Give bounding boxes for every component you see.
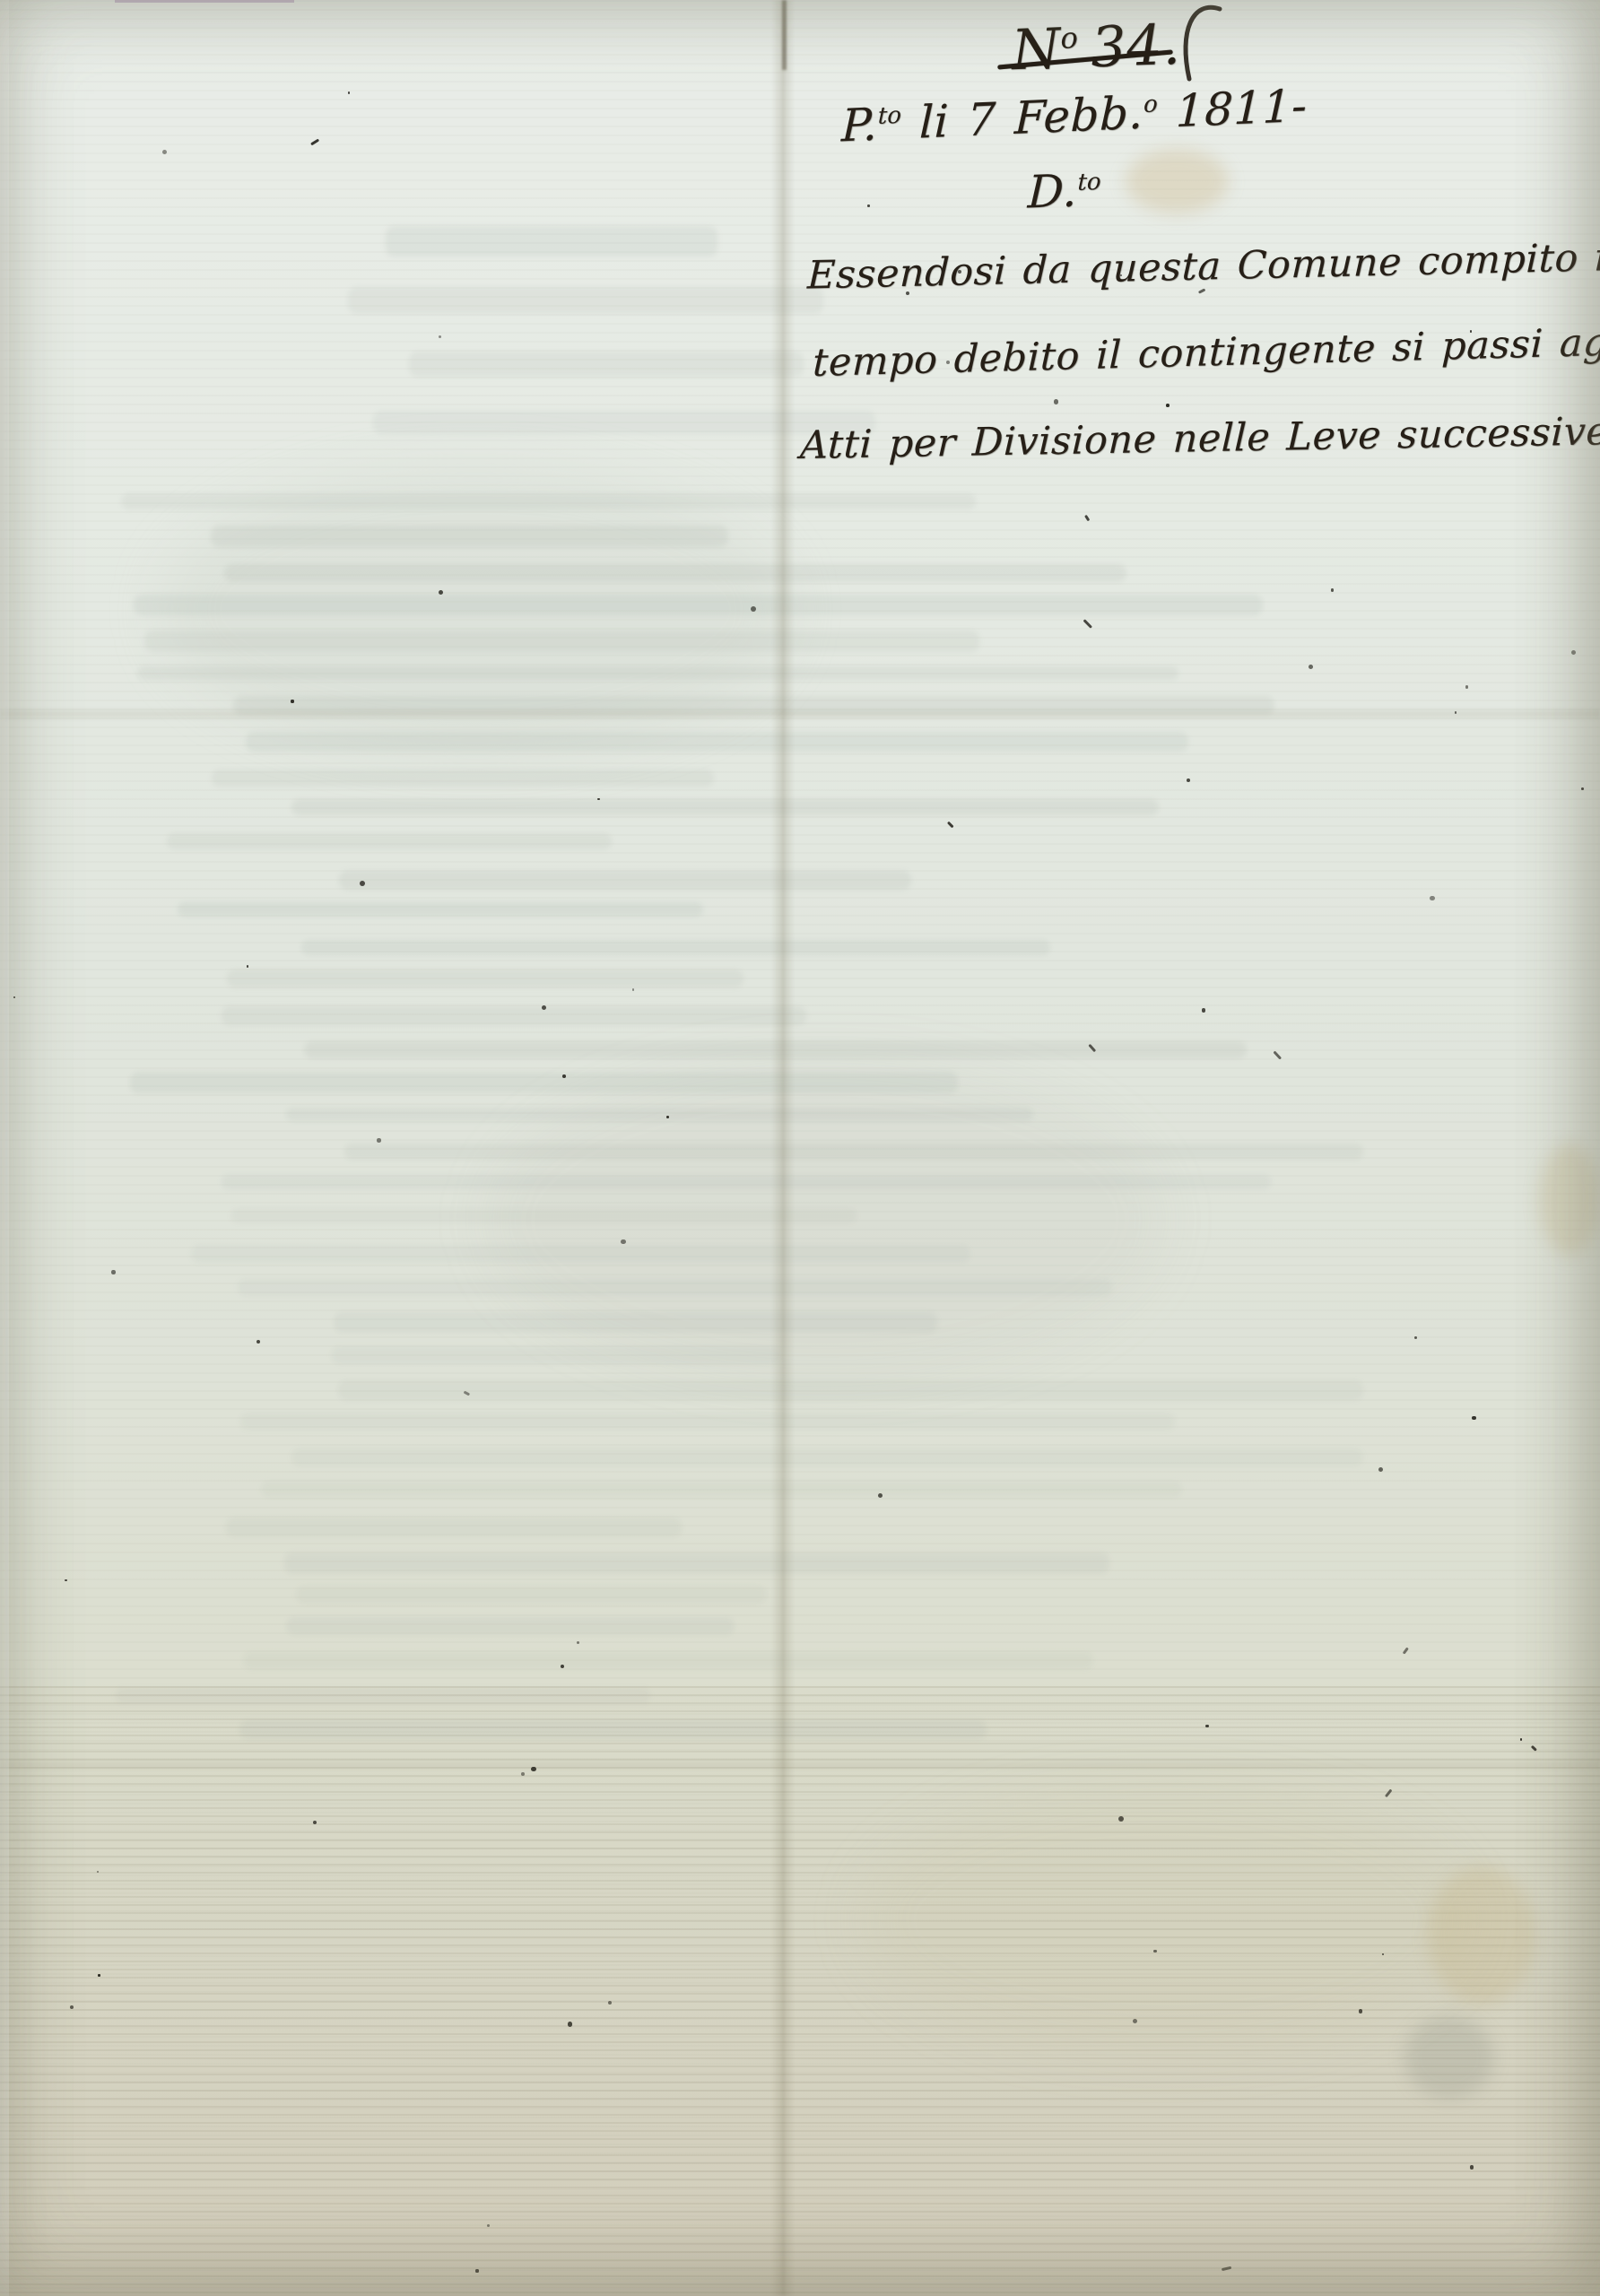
document-page: No34. P.to li 7 Febb.o 1811- D.to Essend… [0, 0, 1600, 2296]
speckle-dot [1571, 650, 1576, 655]
ghost-line [296, 1586, 767, 1605]
speckle-dot [1414, 1336, 1417, 1339]
struck-number-superscript: o [1060, 21, 1079, 56]
ghost-line [222, 1006, 806, 1025]
fiber-slash [310, 139, 319, 145]
struck-number-prefix: No [1011, 15, 1080, 83]
speckle-dot [1581, 787, 1584, 790]
speckle-dot [946, 361, 950, 364]
date-superscript: to [877, 102, 901, 130]
stain [1539, 1144, 1600, 1256]
ghost-line [212, 770, 714, 787]
speckle-dot [1166, 404, 1170, 407]
speckle-dot [439, 335, 441, 338]
ghost-line [409, 352, 804, 377]
speckle-dot [257, 1340, 260, 1344]
speckle-dot [1472, 1416, 1475, 1420]
date-annotation: P.to li 7 Febb.o 1811- [840, 80, 1308, 152]
ghost-line [167, 833, 612, 849]
fiber-slash [1089, 1043, 1096, 1051]
speckle-dot [1470, 2165, 1474, 2170]
ghost-line [348, 287, 823, 314]
fiber-slash [1083, 619, 1092, 628]
ghost-line [261, 1482, 1183, 1497]
speckle-dot [97, 1871, 100, 1874]
speckle-dot [377, 1138, 380, 1142]
speckle-dot [1378, 1467, 1383, 1472]
ghost-line [386, 226, 717, 257]
note-line: Atti per Divisione nelle Leve successive… [799, 409, 1600, 468]
fiber-slash [1198, 288, 1205, 293]
ghost-line [291, 799, 1159, 816]
ghost-line [301, 940, 1050, 956]
speckle-dot [98, 1974, 100, 1976]
ditto-annotation: D.to [1027, 164, 1101, 219]
speckle-dot [521, 1772, 525, 1776]
paper-mottling [861, 1785, 1471, 2054]
speckle-dot [313, 1821, 317, 1824]
speckle-dot [360, 881, 365, 886]
number-value: 34. [1090, 12, 1182, 80]
speckle-dot [1331, 588, 1335, 592]
horizontal-crease-lower [0, 1758, 1600, 1772]
speckle-dot [958, 270, 961, 274]
ghost-line [227, 970, 743, 987]
ditto-superscript: to [1077, 169, 1101, 196]
speckle-dot [1120, 274, 1122, 276]
speckle-dot [1187, 778, 1190, 782]
speckle-dot [70, 2005, 74, 2009]
note-line: tempo debito il contingente si passi agl… [813, 319, 1600, 386]
paper-mottling [484, 1058, 1166, 1381]
stain [1428, 1865, 1535, 2005]
speckle-dot [562, 1074, 566, 1078]
fiber-slash [1385, 1788, 1392, 1796]
fiber-slash [1222, 2266, 1231, 2271]
speckle-dot [597, 798, 600, 801]
fiber-slash [1531, 1745, 1537, 1752]
speckle-dot [247, 965, 249, 968]
speckle-dot [561, 1665, 564, 1668]
left-edge-highlight [0, 0, 9, 2296]
speckle-dot [111, 1270, 115, 1274]
note-line: Essendosi da questa Comune compito in [806, 235, 1600, 299]
ghost-line [284, 1552, 1109, 1574]
speckle-dot [1309, 665, 1313, 669]
speckle-dot [1054, 399, 1058, 404]
number-annotation: No34. [1011, 12, 1182, 83]
fiber-slash [1274, 1050, 1282, 1059]
speckle-dot [1465, 685, 1468, 688]
speckle-dot [65, 1579, 66, 1581]
speckle-dot [1470, 330, 1473, 333]
stain [1126, 149, 1229, 213]
stain [1404, 2016, 1494, 2099]
speckle-dot [542, 1005, 546, 1010]
speckle-dot [1202, 1008, 1205, 1012]
horizontal-crease-upper [0, 707, 1600, 721]
speckle-dot [348, 91, 350, 93]
ghost-line [239, 1720, 987, 1739]
fiber-slash [464, 1391, 470, 1396]
top-edge-sliver [115, 0, 294, 3]
speckle-dot [867, 204, 869, 206]
speckle-dot [608, 2001, 612, 2005]
speckle-dot [577, 1641, 579, 1644]
flourish-stroke [1162, 0, 1238, 90]
speckle-dot [878, 1493, 883, 1498]
speckle-dot [1520, 1738, 1522, 1740]
vertical-fold-crease [771, 0, 795, 2296]
speckle-dot [1205, 1725, 1209, 1728]
ghost-line [178, 902, 703, 917]
strike-stroke [997, 49, 1173, 69]
speckle-dot [632, 988, 634, 990]
fiber-slash [947, 822, 953, 828]
vertical-fold-crease-top [782, 0, 787, 70]
ghost-line [373, 411, 875, 434]
speckle-dot [906, 291, 909, 295]
speckle-dot [568, 2022, 572, 2026]
fiber-slash [1402, 1647, 1408, 1654]
fiber-slash [1084, 515, 1090, 521]
speckle-dot [13, 996, 15, 998]
ghost-line [339, 871, 911, 889]
ghost-line [291, 1448, 1363, 1466]
ghost-line [243, 1652, 1093, 1669]
ghost-line [116, 1688, 649, 1703]
speckle-dot [475, 2269, 478, 2272]
speckle-dot [487, 2224, 490, 2227]
speckle-dot [162, 150, 167, 154]
speckle-dot [1430, 896, 1434, 900]
ghost-line [286, 1617, 735, 1634]
ghost-line [338, 1380, 1363, 1400]
ghost-line [226, 1518, 682, 1537]
ghost-line [240, 1413, 1175, 1430]
month-superscript: o [1143, 91, 1158, 118]
